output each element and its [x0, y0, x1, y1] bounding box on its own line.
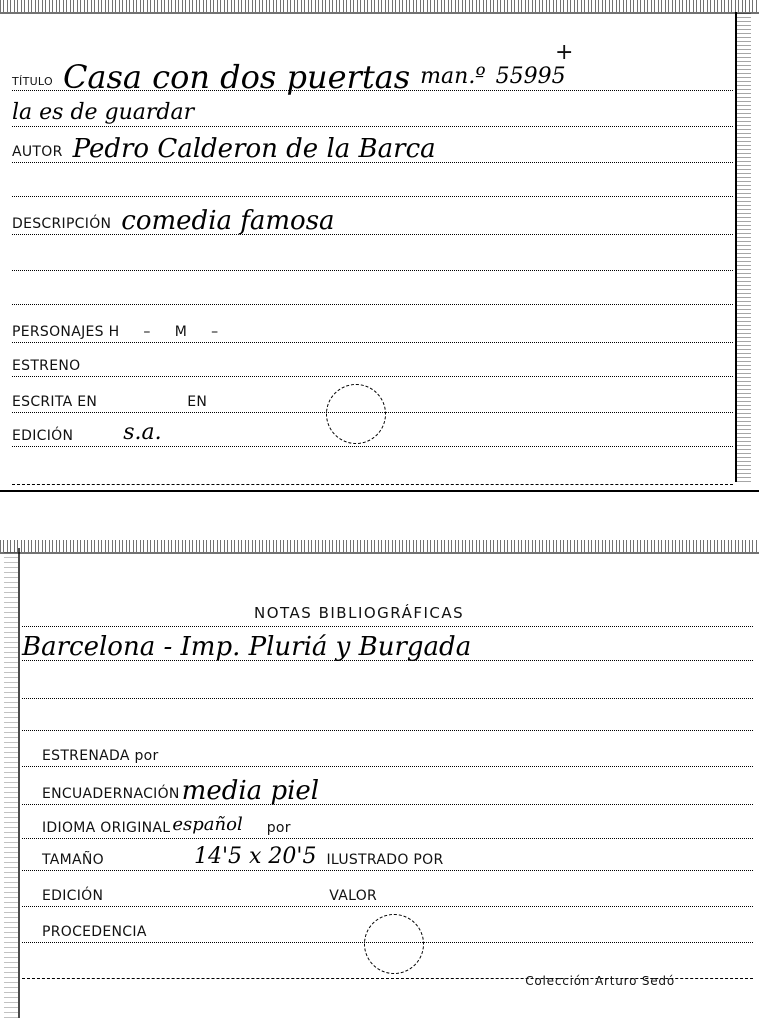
blank-line-4 [12, 456, 733, 485]
field-titulo: TÍTULO Casa con dos puertas man.º 55995 [12, 62, 733, 91]
notas-line-1 [22, 598, 753, 627]
scan-edge-left [4, 548, 20, 1018]
field-titulo-cont: la es de guardar [12, 98, 733, 127]
idioma-original-label: IDIOMA ORIGINAL [42, 820, 170, 838]
procedencia-label: PROCEDENCIA [42, 924, 147, 942]
catalog-card-front: + TÍTULO Casa con dos puertas man.º 5599… [0, 0, 759, 492]
en-label: EN [187, 394, 207, 412]
personajes-h-value: – [143, 324, 150, 342]
catalog-card-back: NOTAS BIBLIOGRÁFICAS Barcelona - Imp. Pl… [0, 540, 759, 1028]
ms-prefix: man.º [420, 64, 485, 90]
blank-line-5 [22, 670, 753, 699]
estrenada-por-label: ESTRENADA por [42, 748, 159, 766]
autor-label: AUTOR [12, 144, 63, 162]
collection-name: Colección Arturo Sedó [525, 974, 675, 988]
edicion-back-label: EDICIÓN [42, 888, 103, 906]
idioma-original-value: español [172, 812, 242, 838]
notas-value: Barcelona - Imp. Pluriá y Burgada [22, 634, 471, 660]
personajes-m-label: M [175, 324, 187, 342]
field-autor: AUTOR Pedro Calderon de la Barca [12, 134, 733, 163]
estreno-label: ESTRENO [12, 358, 80, 376]
titulo-cont-value: la es de guardar [12, 100, 194, 126]
edicion-value: s.a. [123, 420, 161, 446]
field-encuadernacion: ENCUADERNACIÓN media piel [22, 776, 753, 805]
tamano-value: 14'5 x 20'5 [194, 844, 316, 870]
field-edicion-back: EDICIÓN VALOR [22, 878, 753, 907]
blank-line-2 [12, 242, 733, 271]
stamp-circle [326, 384, 386, 444]
descripcion-value: comedia famosa [121, 208, 334, 234]
blank-line-1 [12, 168, 733, 197]
scan-edge-top [0, 0, 759, 14]
descripcion-label: DESCRIPCIÓN [12, 216, 111, 234]
idioma-por-label: por [267, 820, 291, 838]
titulo-value: Casa con dos puertas [63, 64, 410, 90]
blank-line-3 [12, 276, 733, 305]
personajes-label: PERSONAJES H [12, 324, 119, 342]
field-notas: Barcelona - Imp. Pluriá y Burgada [22, 632, 753, 661]
encuadernacion-label: ENCUADERNACIÓN [42, 786, 180, 804]
scan-edge-top [0, 540, 759, 554]
field-descripcion: DESCRIPCIÓN comedia famosa [12, 206, 733, 235]
blank-line-6 [22, 702, 753, 731]
scan-edge-right [735, 12, 751, 482]
titulo-label: TÍTULO [12, 75, 53, 90]
field-tamano: TAMAÑO 14'5 x 20'5 ILUSTRADO POR [22, 842, 753, 871]
card-divider [0, 490, 759, 492]
escrita-en-label: ESCRITA EN [12, 394, 97, 412]
autor-value: Pedro Calderon de la Barca [73, 136, 436, 162]
field-estrenada-por: ESTRENADA por [22, 738, 753, 767]
encuadernacion-value: media piel [182, 778, 319, 804]
valor-label: VALOR [329, 888, 377, 906]
personajes-m-value: – [211, 324, 218, 342]
field-estreno: ESTRENO [12, 348, 733, 377]
field-personajes: PERSONAJES H – M – [12, 314, 733, 343]
ms-number: 55995 [496, 64, 566, 90]
field-idioma-original: IDIOMA ORIGINAL español por [22, 810, 753, 839]
ilustrado-por-label: ILUSTRADO POR [326, 852, 443, 870]
edicion-label: EDICIÓN [12, 428, 73, 446]
tamano-label: TAMAÑO [42, 852, 104, 870]
